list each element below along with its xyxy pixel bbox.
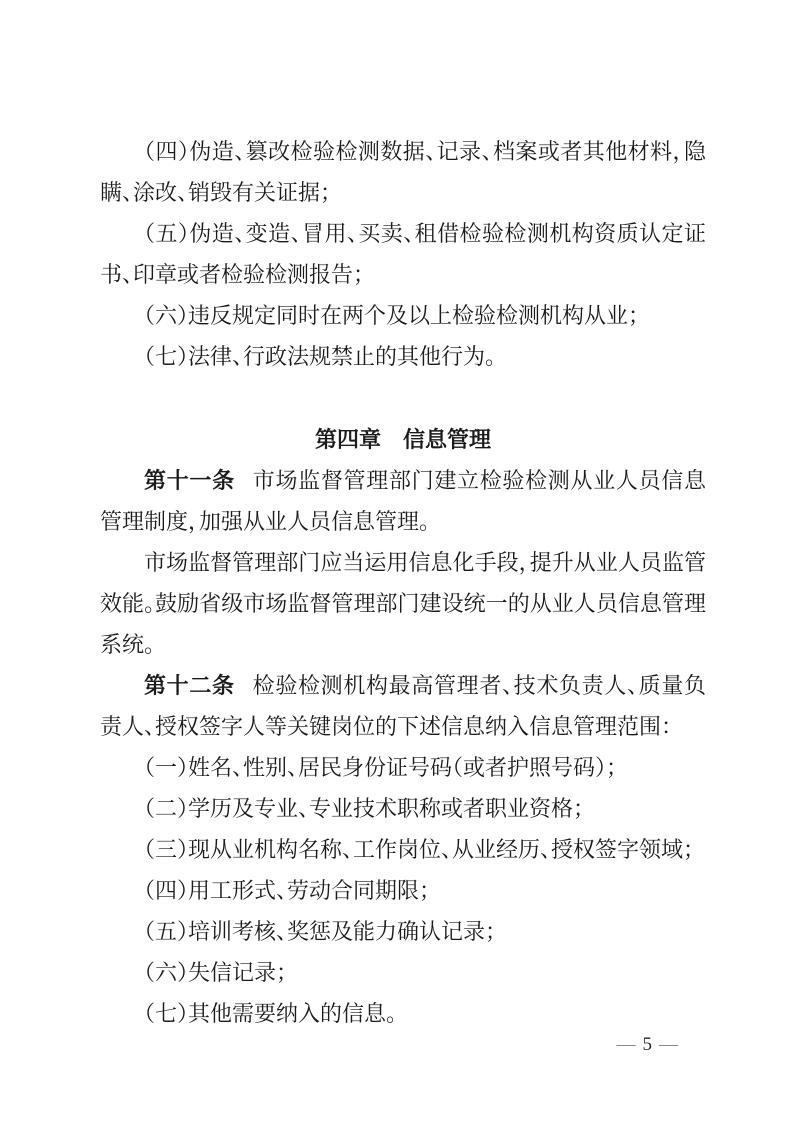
footer-page-number: 5 xyxy=(643,1034,653,1055)
article-number: 第十一条 xyxy=(144,468,235,493)
chapter-title: 信息管理 xyxy=(403,427,491,452)
article-paragraph: 第十一条市场监督管理部门建立检验检测从业人员信息管理制度，加强从业人员信息管理。 xyxy=(100,460,706,542)
clause-item: （六）失信记录； xyxy=(100,952,706,993)
clause-item: （一）姓名、性别、居民身份证号码（或者护照号码）； xyxy=(100,747,706,788)
clause-item: （六）违反规定同时在两个及以上检验检测机构从业； xyxy=(100,295,706,336)
article-paragraph: 市场监督管理部门应当运用信息化手段，提升从业人员监管效能。鼓励省级市场监督管理部… xyxy=(100,542,706,665)
document-content: （四）伪造、篡改检验检测数据、记录、档案或者其他材料，隐瞒、涂改、销毁有关证据；… xyxy=(100,131,706,1034)
footer-dash: — xyxy=(659,1034,678,1055)
chapter-number: 第四章 xyxy=(315,427,381,452)
article-number: 第十二条 xyxy=(144,673,235,698)
clause-item: （二）学历及专业、专业技术职称或者职业资格； xyxy=(100,788,706,829)
article-paragraph: 第十二条检验检测机构最高管理者、技术负责人、质量负责人、授权签字人等关键岗位的下… xyxy=(100,665,706,747)
clause-item: （五）培训考核、奖惩及能力确认记录； xyxy=(100,911,706,952)
clause-item: （四）用工形式、劳动合同期限； xyxy=(100,870,706,911)
clause-item: （四）伪造、篡改检验检测数据、记录、档案或者其他材料，隐瞒、涂改、销毁有关证据； xyxy=(100,131,706,213)
chapter-heading: 第四章信息管理 xyxy=(100,419,706,460)
page-number: —5— xyxy=(617,1032,679,1058)
clause-item: （七）法律、行政法规禁止的其他行为。 xyxy=(100,336,706,377)
document-page: （四）伪造、篡改检验检测数据、记录、档案或者其他材料，隐瞒、涂改、销毁有关证据；… xyxy=(0,0,800,1131)
clause-item: （三）现从业机构名称、工作岗位、从业经历、授权签字领域； xyxy=(100,829,706,870)
footer-dash: — xyxy=(617,1034,636,1055)
clause-item: （七）其他需要纳入的信息。 xyxy=(100,993,706,1034)
clause-item: （五）伪造、变造、冒用、买卖、租借检验检测机构资质认定证书、印章或者检验检测报告… xyxy=(100,213,706,295)
